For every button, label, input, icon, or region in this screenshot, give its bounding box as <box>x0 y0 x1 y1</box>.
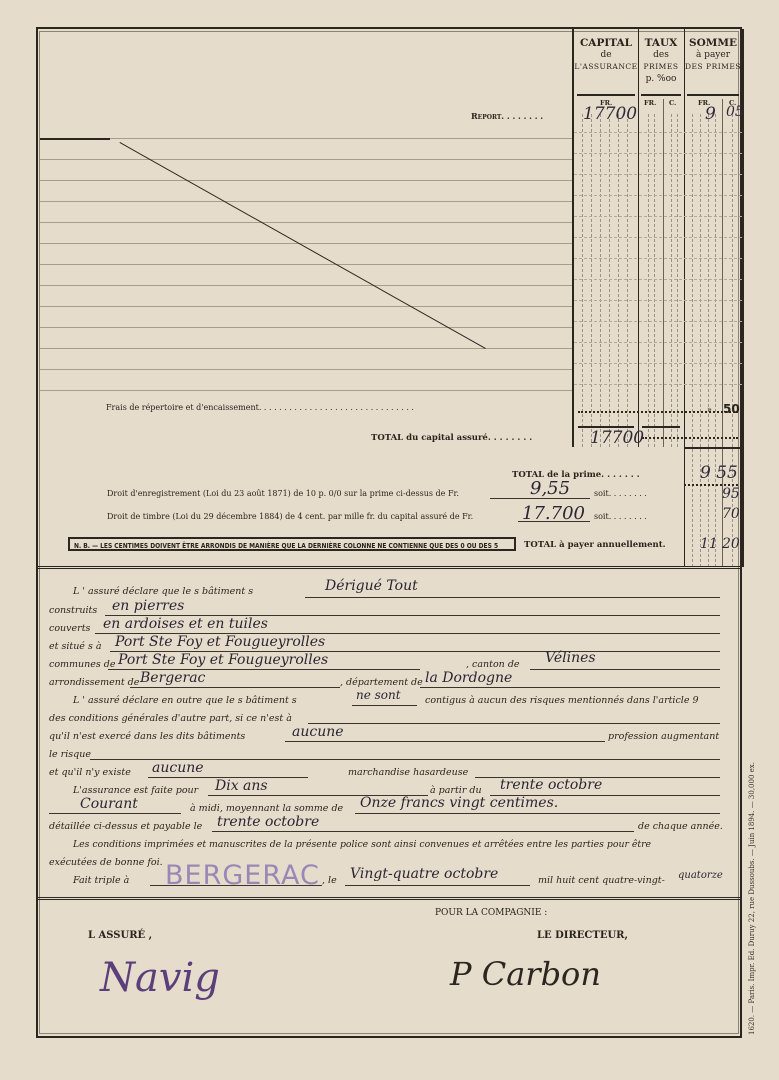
total-annuel-c: 20 <box>722 536 740 552</box>
directeur-label: LE DIRECTEUR, <box>537 930 628 941</box>
assure-signature: Navig <box>100 955 220 1001</box>
decl-line8: des conditions générales d'autre part, s… <box>49 713 292 724</box>
decl-construits-value: en pierres <box>112 598 184 614</box>
decl-line10: le risque <box>49 749 91 760</box>
header-somme-sub: DES PRIMES <box>684 61 742 73</box>
report-somme-c: 05 <box>726 104 744 120</box>
decl-courant-value: Courant <box>80 796 138 812</box>
header-taux-primes: PRIMES <box>638 61 684 73</box>
decl-arrondissement-value: Bergerac <box>140 670 205 686</box>
frais-label: Frais de répertoire et d'encaissement. .… <box>106 403 414 412</box>
total-prime-value: 9 55 <box>700 463 738 483</box>
decl-echeance-value: trente octobre <box>217 814 319 830</box>
soit-label: soit. . . . . . . . <box>594 512 647 521</box>
decl-line1-label: L ' assuré déclare que le s bâtiment s <box>73 586 253 597</box>
bergerac-stamp: BERGERAC <box>165 860 320 891</box>
decl-line12-a: L'assurance est faite pour <box>73 785 198 796</box>
droit-enreg-base: 9,55 <box>530 478 570 499</box>
decl-line11-b: marchandise hasardeuse <box>348 767 468 778</box>
droit-timbre-base: 17.700 <box>522 503 585 524</box>
decl-line16: exécutées de bonne foi. <box>49 857 163 868</box>
decl-line14-a: détaillée ci-dessus et payable le <box>49 821 202 832</box>
header-capital-de: de <box>600 50 611 60</box>
decl-somme-value: Onze francs vingt centimes. <box>360 795 558 811</box>
pour-compagnie-label: POUR LA COMPAGNIE : <box>435 908 547 918</box>
decl-construits-label: construits <box>49 605 97 616</box>
decl-line14-b: de chaque année. <box>638 821 723 832</box>
header-capital: CAPITAL <box>574 37 638 49</box>
decl-line7-b: contigus à aucun des risques mentionnés … <box>425 695 699 706</box>
header-taux: TAUX <box>638 37 684 49</box>
decl-duree-value: Dix ans <box>215 778 268 794</box>
total-capital-label: TOTAL du capital assuré. . . . . . . . <box>371 433 532 443</box>
printer-note: 1620. — Paris. Impr. Ed. Duruy 22, rue D… <box>748 762 756 1035</box>
report-label: Report. . . . . . . . <box>471 111 543 121</box>
droit-enreg-label: Droit d'enregistrement (Loi du 23 août 1… <box>107 489 459 498</box>
subheader-fr: FR. <box>644 99 656 107</box>
header-somme: SOMME <box>684 37 742 49</box>
decl-line17-a: Fait triple à <box>73 875 129 886</box>
decl-line11-a: et qu'il n'y existe <box>49 767 131 778</box>
total-annuel-fr: 11 <box>700 536 718 552</box>
assure-label: L ASSURÉ , <box>88 930 152 941</box>
droit-timbre-result: 70 <box>722 506 740 522</box>
decl-couverts-value: en ardoises et en tuiles <box>103 616 268 632</box>
decl-contigu-value: ne sont <box>356 688 401 702</box>
header-taux-rate: p. %oo <box>646 74 677 84</box>
report-capital-value: 17700 <box>583 104 637 124</box>
decl-line9-b: profession augmentant <box>608 731 719 742</box>
decl-communes-label: communes de <box>49 659 116 670</box>
decl-situe-value: Port Ste Foy et Fougueyrolles <box>115 634 325 650</box>
decl-line15: Les conditions imprimées et manuscrites … <box>73 839 651 850</box>
header-capital-sub: L'ASSURANCE <box>574 61 638 73</box>
decl-departement-value: la Dordogne <box>425 670 512 686</box>
decl-situe-label: et situé s à <box>49 641 102 652</box>
decl-date-signature-value: Vingt-quatre octobre <box>350 866 498 882</box>
header-taux-des: des <box>653 50 669 60</box>
decl-profession-value: aucune <box>292 724 344 740</box>
droit-timbre-label: Droit de timbre (Loi du 29 décembre 1884… <box>107 512 473 521</box>
droit-enreg-result: 95 <box>722 486 740 502</box>
frais-somme-fr: » <box>707 405 712 414</box>
decl-annee-value: quatorze <box>678 870 723 881</box>
decl-line9-a: qu'il n'est exercé dans les dits bâtimen… <box>49 731 245 742</box>
total-annuel-label: TOTAL à payer annuellement. <box>524 540 666 550</box>
directeur-signature: P Carbon <box>450 955 601 993</box>
soit-label: soit. . . . . . . . <box>594 489 647 498</box>
decl-canton-label: , canton de <box>466 659 520 670</box>
decl-line7-a: L ' assuré déclare en outre que le s bât… <box>73 695 297 706</box>
total-capital-value: 17700 <box>590 428 644 448</box>
decl-couverts-label: couverts <box>49 623 90 634</box>
frais-somme-c: 50 <box>723 402 740 416</box>
decl-communes-value: Port Ste Foy et Fougueyrolles <box>118 652 328 668</box>
decl-date-debut-value: trente octobre <box>500 777 602 793</box>
decl-line17-c: mil huit cent quatre-vingt- <box>538 875 665 886</box>
decl-departement-label: , département de <box>340 677 423 688</box>
decl-batiment-value: Dérigué Tout <box>325 578 418 594</box>
decl-line17-b: , le <box>322 875 337 886</box>
nb-note-box: N. B. — LES CENTIMES DOIVENT ÊTRE ARROND… <box>68 537 516 551</box>
decl-arrondissement-label: arrondissement de <box>49 677 139 688</box>
decl-canton-value: Vélines <box>545 650 596 666</box>
decl-line13-a: à midi, moyennant la somme de <box>190 803 343 814</box>
report-somme-fr: 9 <box>705 104 716 124</box>
decl-marchandise-value: aucune <box>152 760 204 776</box>
subheader-c: C. <box>669 99 676 107</box>
header-somme-apayer: à payer <box>696 50 730 60</box>
